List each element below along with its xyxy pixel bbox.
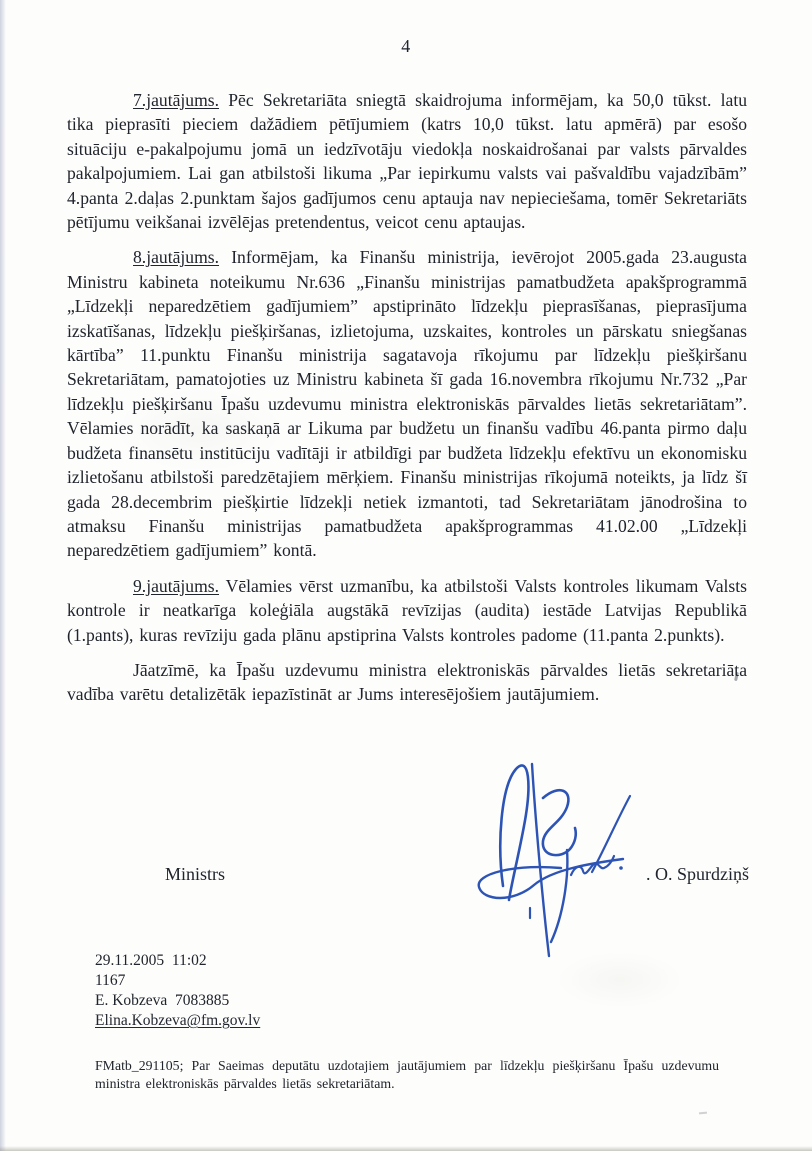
paragraph-question-8: 8.jautājums. Informējam, ka Finanšu mini… [67,245,747,562]
footer-contact: E. Kobzeva 7083885 [95,991,260,1011]
document-footnote: FMatb_291105; Par Saeimas deputātu uzdot… [95,1057,719,1093]
paragraph-7-text: Pēc Sekretariāta sniegtā skaidrojuma inf… [67,90,747,232]
paragraph-9-label: 9.jautājums. [133,576,219,596]
paragraph-question-7: 7.jautājums. Pēc Sekretariāta sniegtā sk… [67,88,747,234]
signatory-name: . O. Spurdziņš [646,864,749,885]
footer-email-address: Elina.Kobzeva@fm.gov.lv [95,1011,260,1031]
document-footer-info: 29.11.2005 11:02 1167 E. Kobzeva 7083885… [95,951,260,1031]
paragraph-8-text: Informējam, ka Finanšu ministrija, ievēr… [67,247,747,560]
paragraph-closing: Jāatzīmē, ka Īpašu uzdevumu ministra ele… [67,658,747,707]
handwritten-signature-icon [471,756,649,968]
signatory-title: Ministrs [165,864,225,885]
footer-doc-number: 1167 [95,971,260,991]
scanned-letter-page: 4 7.jautājums. Pēc Sekretariāta sniegtā … [0,0,812,1151]
scan-speck [699,1112,707,1115]
paragraph-7-label: 7.jautājums. [133,90,219,110]
paragraph-question-9: 9.jautājums. Vēlamies vērst uzmanību, ka… [67,574,747,647]
footer-datetime: 29.11.2005 11:02 [95,951,260,971]
letter-body: 7.jautājums. Pēc Sekretariāta sniegtā sk… [67,88,747,718]
paragraph-closing-text: Jāatzīmē, ka Īpašu uzdevumu ministra ele… [67,660,747,704]
paragraph-8-label: 8.jautājums. [133,247,219,267]
scan-bottom-edge [0,1146,812,1151]
scan-left-edge [0,0,6,1151]
page-number: 4 [0,36,812,57]
